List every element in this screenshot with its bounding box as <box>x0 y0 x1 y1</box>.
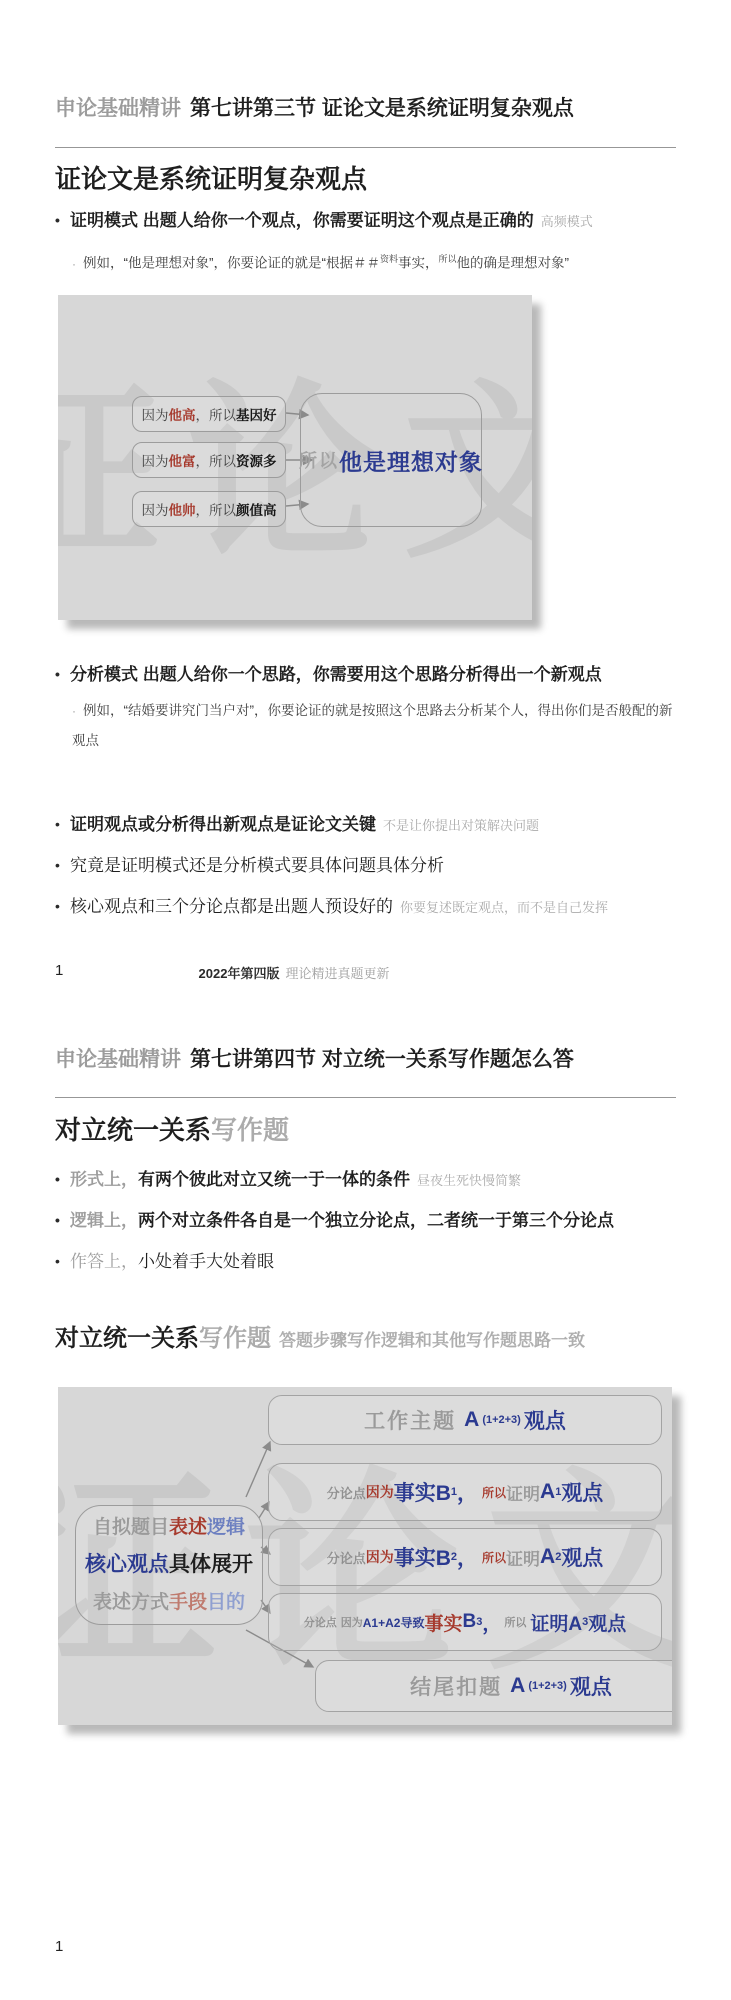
page1-footer: 2022年第四版理论精进真题更新 <box>55 963 533 982</box>
bullet-dot: • <box>55 816 70 832</box>
row-subpoint-3: 分论点因为A1+A2导致事实B3，所以证明A3观点 <box>268 1593 662 1651</box>
bullet-text: 小处着手大处着眼 <box>138 1252 274 1271</box>
bullet-text: 究竟是证明模式还是分析模式要具体问题具体分析 <box>70 856 444 875</box>
example-marriage: ·例如，“结婚要讲究门当户对”，你要论证的就是按照这个思路去分析某个人，得出你们… <box>72 696 684 756</box>
example-post: 他的确是理想对象” <box>457 256 570 271</box>
row-subpoint-1: 分论点因为事实B1，所以证明A1观点 <box>268 1463 662 1521</box>
bullet-dot: • <box>55 1171 70 1187</box>
example-sup-material: 资料 <box>380 254 398 264</box>
diagram2-heading: 对立统一关系写作题答题步骤写作逻辑和其他写作题思路一致 <box>55 1318 585 1353</box>
express-way-label: 表述方式 <box>93 1592 169 1613</box>
view-tail: 观点 <box>588 1609 626 1636</box>
bullet-dot: • <box>55 857 70 873</box>
bullet-analysis-mode: •分析模式 出题人给你一个思路，你需要用这个思路分析得出一个新观点 <box>55 660 602 685</box>
fact-b: B <box>462 1611 476 1633</box>
bullet-label: 作答上， <box>70 1252 138 1271</box>
subpoint-label: 分论点 <box>327 1548 366 1567</box>
bullet-note: 高频模式 <box>541 214 593 229</box>
heading-light: 写作题 <box>211 1115 289 1145</box>
comma: ， <box>457 1542 478 1572</box>
cause-highlight: 他帅 <box>169 499 196 519</box>
bullet-note: 不是让你提出对策解决问题 <box>383 818 539 833</box>
lecture-title: 第七讲第三节 证论文是系统证明复杂观点 <box>190 97 574 120</box>
subpoint-label: 分论点 <box>327 1483 366 1502</box>
row-a: A <box>510 1674 525 1698</box>
cause-pre: 因为 <box>142 499 169 519</box>
page2-heading: 对立统一关系写作题 <box>55 1110 289 1147</box>
bullet-case-by-case: •究竟是证明模式还是分析模式要具体问题具体分析 <box>55 851 444 876</box>
row-sup: (1+2+3) <box>528 1680 567 1692</box>
view-a: A <box>540 1545 555 1569</box>
sub-bullet-dot: · <box>72 257 76 271</box>
row-sup: (1+2+3) <box>482 1414 521 1426</box>
bullet-label: 形式上， <box>70 1170 138 1189</box>
document-page: 申论基础精讲第七讲第三节 证论文是系统证明复杂观点 证论文是系统证明复杂观点 •… <box>0 0 731 2000</box>
bullet-dot: • <box>55 898 70 914</box>
fact-label: 事实B <box>394 1542 451 1572</box>
bullet-form: •形式上，有两个彼此对立又统一于一体的条件昼夜生死快慢简繁 <box>55 1165 521 1190</box>
because-label: 因为 <box>366 1547 394 1567</box>
bullet-note: 你要复述既定观点，而不是自己发挥 <box>400 900 608 915</box>
bullet-text: 出题人给你一个观点，你需要证明这个观点是正确的 <box>138 211 534 230</box>
cause-box-tall: 因为他高，所以基因好 <box>132 396 286 432</box>
conclusion-prefix: 所以 <box>299 447 339 473</box>
self-title-label: 自拟题目 <box>93 1517 169 1538</box>
conclusion-box: 所以他是理想对象 <box>300 393 482 527</box>
bullet-dot: • <box>55 1212 70 1228</box>
comma: ， <box>482 1609 501 1636</box>
divider-line <box>55 1097 676 1098</box>
cause-result: 颜值高 <box>236 499 277 519</box>
cause-box-handsome: 因为他帅，所以颜值高 <box>132 491 286 527</box>
bullet-text: 有两个彼此对立又统一于一体的条件 <box>138 1170 410 1189</box>
express-label: 表述 <box>169 1517 207 1538</box>
cause-result: 基因好 <box>236 404 277 424</box>
sub-bullet-dot: · <box>72 704 76 718</box>
chain-label: A1+A2导致 <box>363 1614 425 1631</box>
row-label: 结尾扣题 <box>410 1671 502 1701</box>
expand-label: 具体展开 <box>169 1553 253 1576</box>
fact-label: 事实B <box>394 1477 451 1507</box>
so-label: 所以 <box>482 1549 506 1566</box>
diagram-essay-structure: 证论文 自拟题目表述逻辑 核心观点具体展开 表述方式手段目的 <box>58 1387 672 1725</box>
bullet-text: 出题人给你一个思路，你需要用这个思路分析得出一个新观点 <box>138 665 602 684</box>
cause-mid: ，所以 <box>196 499 237 519</box>
logic-label: 逻辑 <box>207 1517 245 1538</box>
subpoint-label: 分论点 <box>304 1614 337 1630</box>
cause-box-rich: 因为他富，所以资源多 <box>132 442 286 478</box>
cause-highlight: 他高 <box>169 404 196 424</box>
so-label: 所以 <box>504 1614 526 1630</box>
because-label: 因为 <box>366 1482 394 1502</box>
bullet-note: 昼夜生死快慢简繁 <box>417 1173 521 1188</box>
fact-label: 事实 <box>424 1609 462 1636</box>
prove-label: 证明A <box>530 1609 582 1636</box>
purpose-label: 目的 <box>207 1592 245 1613</box>
cause-pre: 因为 <box>142 404 169 424</box>
lecture-title: 第七讲第四节 对立统一关系写作题怎么答 <box>190 1048 574 1071</box>
row-tail: 观点 <box>570 1671 612 1701</box>
cause-highlight: 他富 <box>169 450 196 470</box>
example-ideal-partner: ·例如，“他是理想对象”，你要论证的就是“根据＃＃资料事实，所以他的确是理想对象… <box>72 244 684 279</box>
example-sup-so: 所以 <box>439 254 457 264</box>
heading-main: 对立统一关系 <box>55 1115 211 1145</box>
prove-label: 证明 <box>506 1545 540 1570</box>
example-text: 例如，“结婚要讲究门当户对”，你要论证的就是按照这个思路去分析某个人，得出你们是… <box>72 703 673 748</box>
core-method-box: 自拟题目表述逻辑 核心观点具体展开 表述方式手段目的 <box>75 1505 263 1625</box>
bullet-logic: •逻辑上，两个对立条件各自是一个独立分论点，二者统一于第三个分论点 <box>55 1206 614 1231</box>
page2-number: 1 <box>55 1938 63 1955</box>
row-label: 工作主题 <box>364 1405 456 1435</box>
divider-line <box>55 147 676 148</box>
core-line-title: 自拟题目表述逻辑 <box>93 1509 245 1546</box>
cause-result: 资源多 <box>236 450 277 470</box>
prove-label: 证明 <box>506 1480 540 1505</box>
bullet-label: 分析模式 <box>70 665 138 684</box>
bullet-proof-mode: •证明模式 出题人给你一个观点，你需要证明这个观点是正确的高频模式 <box>55 206 593 231</box>
core-view-label: 核心观点 <box>85 1553 169 1576</box>
row-tail: 观点 <box>524 1405 566 1435</box>
core-line-main: 核心观点具体展开 <box>85 1546 253 1584</box>
page2-header: 申论基础精讲第七讲第四节 对立统一关系写作题怎么答 <box>55 1043 574 1073</box>
edition-note: 理论精进真题更新 <box>285 966 389 981</box>
bullet-label: 证明模式 <box>70 211 138 230</box>
page1-heading: 证论文是系统证明复杂观点 <box>55 159 367 196</box>
subhead-note: 答题步骤写作逻辑和其他写作题思路一致 <box>279 1331 585 1350</box>
subhead-main: 对立统一关系 <box>55 1325 199 1352</box>
bullet-key-point: •证明观点或分析得出新观点是证论文关键不是让你提出对策解决问题 <box>55 810 539 835</box>
view-tail: 观点 <box>561 1542 603 1572</box>
edition-label: 2022年第四版 <box>199 966 280 981</box>
bullet-dot: • <box>55 212 70 228</box>
course-brand: 申论基础精讲 <box>55 1048 181 1071</box>
bullet-text: 两个对立条件各自是一个独立分论点，二者统一于第三个分论点 <box>138 1211 614 1230</box>
core-line-means: 表述方式手段目的 <box>93 1584 245 1621</box>
means-label: 手段 <box>169 1592 207 1613</box>
bullet-preset-views: •核心观点和三个分论点都是出题人预设好的你要复述既定观点，而不是自己发挥 <box>55 892 608 917</box>
example-mid: 事实， <box>398 256 439 271</box>
view-a: A <box>540 1480 555 1504</box>
view-tail: 观点 <box>561 1477 603 1507</box>
page1-header: 申论基础精讲第七讲第三节 证论文是系统证明复杂观点 <box>55 92 574 122</box>
bullet-dot: • <box>55 666 70 682</box>
course-brand: 申论基础精讲 <box>55 97 181 120</box>
row-ending: 结尾扣题A(1+2+3)观点 <box>315 1660 672 1712</box>
row-subpoint-2: 分论点因为事实B2，所以证明A2观点 <box>268 1528 662 1586</box>
cause-pre: 因为 <box>142 450 169 470</box>
cause-mid: ，所以 <box>196 450 237 470</box>
bullet-answering: •作答上，小处着手大处着眼 <box>55 1247 274 1272</box>
bullet-strong: 核心观点和三个分论点都是出题人预设好的 <box>70 897 393 916</box>
bullet-strong: 证明观点或分析得出新观点是证论文关键 <box>70 815 376 834</box>
bullet-dot: • <box>55 1253 70 1269</box>
row-a: A <box>464 1408 479 1432</box>
so-label: 所以 <box>482 1484 506 1501</box>
because-label: 因为 <box>341 1614 363 1630</box>
row-work-theme: 工作主题A(1+2+3)观点 <box>268 1395 662 1445</box>
conclusion-main: 他是理想对象 <box>339 444 483 477</box>
subhead-light: 写作题 <box>199 1325 271 1352</box>
bullet-label: 逻辑上， <box>70 1211 138 1230</box>
comma: ， <box>457 1477 478 1507</box>
cause-mid: ，所以 <box>196 404 237 424</box>
example-pre: 例如，“他是理想对象”，你要论证的就是“根据＃＃ <box>83 256 380 271</box>
diagram-proof-logic: 证论文 因为他高，所以基因好 因为他富，所以资源多 因为他帅，所以颜值高 所以他… <box>58 295 532 620</box>
